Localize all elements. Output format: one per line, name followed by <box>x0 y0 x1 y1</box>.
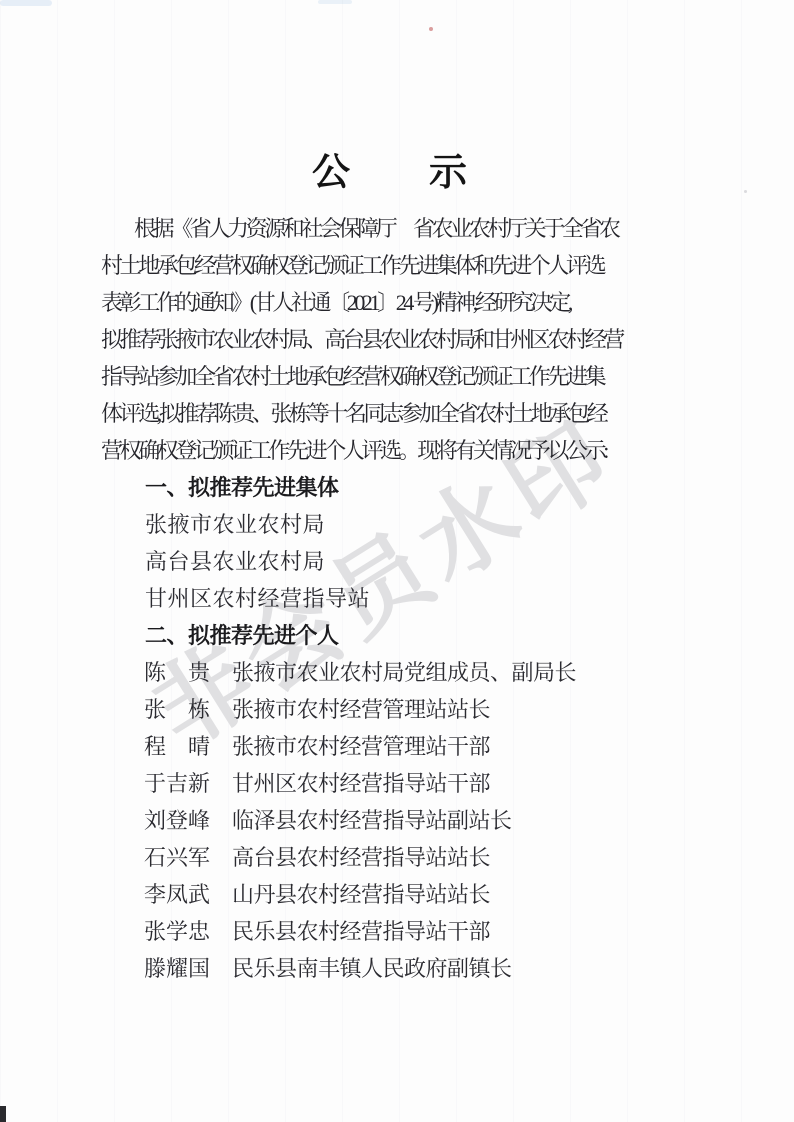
person-name: 李凤武 <box>144 876 232 913</box>
section-heading-collectives: 一、拟推荐先进集体 <box>101 469 621 506</box>
paragraph-line: 表彰工作的通知》(甘人社通〔2021〕24 号)精神,经研究决定, <box>101 284 621 321</box>
person-position: 甘州区农村经营指导站干部 <box>232 771 490 796</box>
scan-artifact <box>429 27 433 31</box>
person-row: 张 栋张掖市农村经营管理站站长 <box>101 691 621 728</box>
section-heading-individuals: 二、拟推荐先进个人 <box>101 617 621 654</box>
scan-artifact <box>0 1106 6 1122</box>
person-position: 高台县农村经营指导站站长 <box>232 845 490 870</box>
person-row: 石兴军高台县农村经营指导站站长 <box>101 839 621 876</box>
person-position: 临泽县农村经营指导站副站长 <box>232 808 512 833</box>
paragraph-line: 指导站参加全省农村土地承包经营权确权登记颁证工作先进集 <box>101 358 621 395</box>
list-item-collective: 张掖市农业农村局 <box>101 506 621 543</box>
person-position: 张掖市农业农村局党组成员、副局长 <box>232 660 576 685</box>
person-row: 滕耀国民乐县南丰镇人民政府副镇长 <box>101 950 621 987</box>
person-name: 张学忠 <box>144 913 232 950</box>
person-position: 张掖市农村经营管理站站长 <box>232 697 490 722</box>
person-name: 石兴军 <box>144 839 232 876</box>
person-name: 刘登峰 <box>144 802 232 839</box>
person-row: 程 晴张掖市农村经营管理站干部 <box>101 728 621 765</box>
person-name: 程 晴 <box>144 728 232 765</box>
person-name: 陈 贵 <box>144 654 232 691</box>
list-item-collective: 高台县农业农村局 <box>101 543 621 580</box>
person-row: 李凤武山丹县农村经营指导站站长 <box>101 876 621 913</box>
person-position: 民乐县农村经营指导站干部 <box>232 919 490 944</box>
paragraph-line: 体评选,拟推荐陈贵、张栋等十名同志参加全省农村土地承包经 <box>101 395 621 432</box>
notice-title: 公 示 <box>0 150 780 196</box>
person-row: 陈 贵张掖市农业农村局党组成员、副局长 <box>101 654 621 691</box>
person-row: 张学忠民乐县农村经营指导站干部 <box>101 913 621 950</box>
scanned-notice-page: 非会员水印 公 示 根据《省人力资源和社会保障厅 省农业农村厅关于全省农 村土地… <box>0 0 794 1122</box>
paragraph-line: 村土地承包经营权确权登记颁证工作先进集体和先进个人评选 <box>101 247 621 284</box>
person-position: 张掖市农村经营管理站干部 <box>232 734 490 759</box>
scan-artifact <box>318 0 352 4</box>
person-row: 于吉新甘州区农村经营指导站干部 <box>101 765 621 802</box>
person-name: 张 栋 <box>144 691 232 728</box>
scan-artifact <box>0 0 52 6</box>
person-name: 于吉新 <box>144 765 232 802</box>
paragraph-line: 营权确权登记颁证工作先进个人评选。现将有关情况予以公示: <box>101 432 621 469</box>
notice-body: 根据《省人力资源和社会保障厅 省农业农村厅关于全省农 村土地承包经营权确权登记颁… <box>101 210 621 987</box>
person-name: 滕耀国 <box>144 950 232 987</box>
person-row: 刘登峰临泽县农村经营指导站副站长 <box>101 802 621 839</box>
person-position: 山丹县农村经营指导站站长 <box>232 882 490 907</box>
list-item-collective: 甘州区农村经营指导站 <box>101 580 621 617</box>
paragraph-line: 根据《省人力资源和社会保障厅 省农业农村厅关于全省农 <box>101 210 621 247</box>
paragraph-line: 拟推荐张掖市农业农村局、高台县农业农村局和甘州区农村经营 <box>101 321 621 358</box>
person-position: 民乐县南丰镇人民政府副镇长 <box>232 956 512 981</box>
